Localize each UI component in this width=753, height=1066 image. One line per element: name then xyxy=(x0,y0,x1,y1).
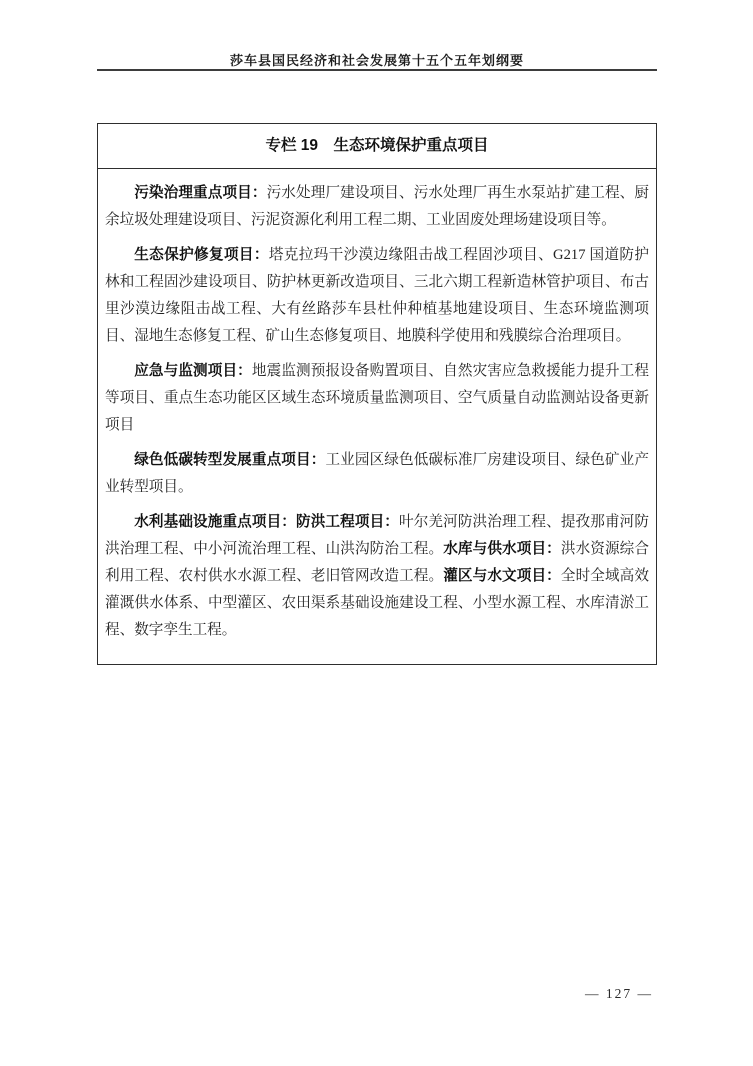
paragraph-heading: 污染治理重点项目： xyxy=(134,185,266,201)
document-header-title: 莎车县国民经济和社会发展第十五个五年划纲要 xyxy=(97,50,657,69)
header-rule xyxy=(97,69,657,71)
paragraph-heading: 水利基础设施重点项目：防洪工程项目： xyxy=(134,514,399,530)
paragraph-heading: 灌区与水文项目： xyxy=(443,568,561,584)
document-page: 莎车县国民经济和社会发展第十五个五年划纲要 专栏 19 生态环境保护重点项目 污… xyxy=(0,0,753,1066)
panel-body: 污染治理重点项目：污水处理厂建设项目、污水处理厂再生水泵站扩建工程、厨余垃圾处理… xyxy=(98,169,656,664)
paragraph-heading: 生态保护修复项目： xyxy=(134,247,269,263)
highlight-panel: 专栏 19 生态环境保护重点项目 污染治理重点项目：污水处理厂建设项目、污水处理… xyxy=(97,123,657,665)
paragraph-heading: 绿色低碳转型发展重点项目： xyxy=(134,452,325,468)
panel-title: 专栏 19 生态环境保护重点项目 xyxy=(98,124,656,169)
panel-paragraph: 水利基础设施重点项目：防洪工程项目：叶尔羌河防洪治理工程、提孜那甫河防洪治理工程… xyxy=(105,509,649,644)
panel-paragraph: 应急与监测项目：地震监测预报设备购置项目、自然灾害应急救援能力提升工程等项目、重… xyxy=(105,358,649,439)
paragraph-heading: 应急与监测项目： xyxy=(134,363,252,379)
panel-paragraph: 污染治理重点项目：污水处理厂建设项目、污水处理厂再生水泵站扩建工程、厨余垃圾处理… xyxy=(105,180,649,234)
panel-paragraph: 生态保护修复项目：塔克拉玛干沙漠边缘阻击战工程固沙项目、G217 国道防护林和工… xyxy=(105,242,649,350)
panel-paragraph: 绿色低碳转型发展重点项目：工业园区绿色低碳标准厂房建设项目、绿色矿业产业转型项目… xyxy=(105,447,649,501)
page-number: — 127 — xyxy=(97,986,653,1002)
paragraph-heading: 水库与供水项目： xyxy=(443,541,561,557)
